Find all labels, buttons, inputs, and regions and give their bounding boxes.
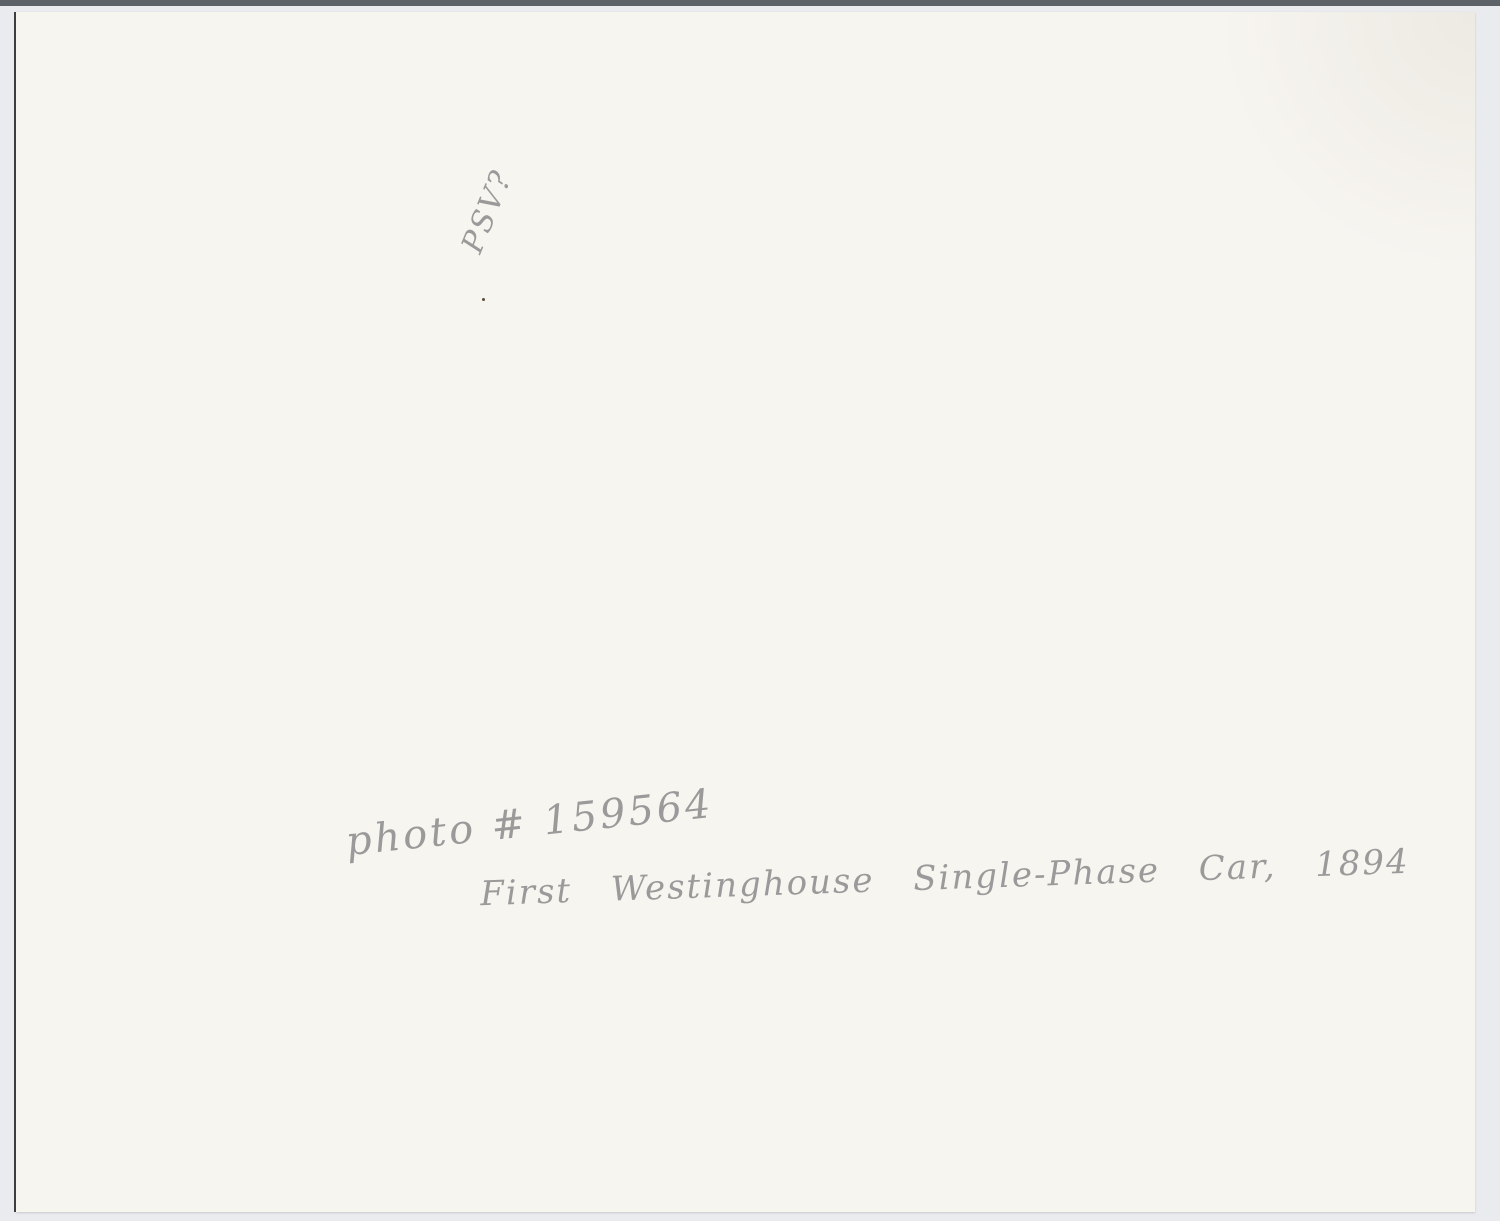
ink-speck (482, 298, 485, 301)
photo-back-paper (16, 12, 1475, 1212)
paper-shading (1215, 12, 1475, 272)
scanner-edge (0, 0, 1500, 6)
